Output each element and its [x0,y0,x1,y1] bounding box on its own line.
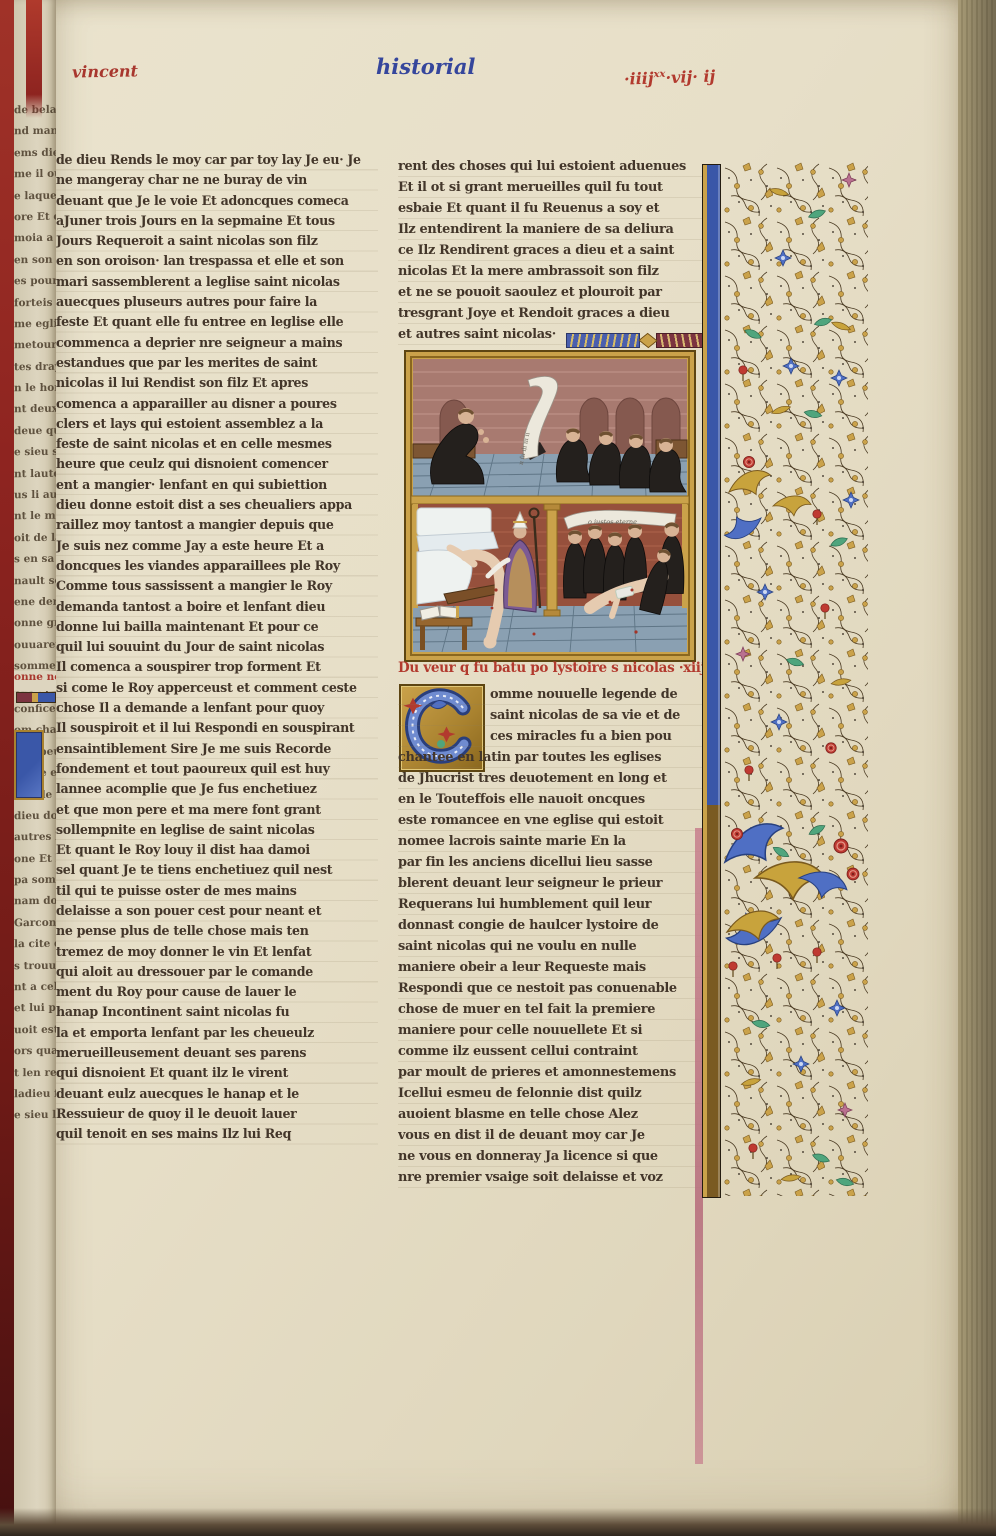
text-line: si come le Roy apperceust et comment ces… [56,678,378,698]
text-line: en son oroison· lan trespassa et elle et… [56,251,378,271]
text-line: metoure et en [14,339,56,361]
text-column-right-top: rent des choses qui lui estoient aduenue… [398,156,716,345]
text-line: e laquelle une [14,189,56,211]
text-line: nicolas il lui Rendist son filz Et apres [56,373,378,393]
text-line: par fin les anciens dicellui lieu sasse [398,852,716,873]
text-line: nault selon a q [14,574,56,596]
text-line: sel quant Je te tiens enchetiuez quil ne… [56,860,378,880]
folio-superscript: xx [653,69,665,80]
text-line: nt a celle fin [14,981,56,1003]
edge-text-fragments: de belagues dend mandes de fems dieu que… [14,104,56,1131]
text-line: pa sommes lo [14,874,56,896]
text-line: blerent deuant leur seigneur le prieur [398,873,716,894]
folio-base: ·iiij [624,69,654,89]
text-line: Il souspiroit et il lui Respondi en sous… [56,718,378,738]
text-line: ent a mangier· lenfant en qui subiettion [56,475,378,495]
text-line: clers et lays qui estoient assemblez a l… [56,414,378,434]
text-line: Icellui esmeu de felonnie dist quilz [398,1083,716,1104]
text-line: nt lautel et [14,467,56,489]
text-line: de Jhucrist tres deuotement en long et [398,768,716,789]
text-line: s en sa terre [14,553,56,575]
text-line: ems dieu que v [14,147,56,169]
text-line: dieu donne estoit dist a ses cheualiers … [56,495,378,515]
text-line: nam donn qui [14,895,56,917]
text-line: nt deux mesmes [14,403,56,425]
floral-border [721,162,868,1196]
text-line: forteis et le der [14,296,56,318]
text-line: feste de saint nicolas et en celle mesme… [56,434,378,454]
text-line: auoient blasme en telle chose Alez [398,1104,716,1125]
text-line: la cite qui so [14,938,56,960]
text-line: Je suis nez comme Jay a este heure Et a [56,536,378,556]
text-line: me eglise co [14,318,56,340]
text-line: nicolas Et la mere ambrassoit son filz [398,261,716,282]
text-line: ore Et elle en b [14,211,56,233]
text-line: doncques les viandes apparaillees ple Ro… [56,556,378,576]
text-line: Ilz entendirent la maniere de sa deliura [398,219,716,240]
text-line: ladieu fu si g [14,1088,56,1110]
text-line: ene demonstra [14,596,56,618]
edge-rubric-fragment: onne nouuelle [14,671,56,691]
text-line: donne lui bailla maintenant Et pour ce [56,617,378,637]
text-line: saint nicolas qui ne voulu en nulle [398,936,716,957]
text-line: aJuner trois Jours en la sepmaine Et tou… [56,211,378,231]
text-line: feste Et quant elle fu entree en leglise… [56,312,378,332]
blue-line-filler [566,333,640,348]
previous-folio-edge: de belagues dend mandes de fems dieu que… [14,0,56,1536]
text-line: Requerans lui humblement quil leur [398,894,716,915]
text-line: tes dray fus [14,360,56,382]
text-line: ce Ilz Rendirent graces a dieu et a sain… [398,240,716,261]
text-line: moia a depri [14,232,56,254]
text-line: ensaintiblement Sire Je me suis Recorde [56,739,378,759]
text-line: qui disnoient Et quant ilz le virent [56,1063,378,1083]
running-title-author: vincent [72,61,138,81]
edge-illuminated-initial [14,730,44,800]
text-line: estandues que par les merites de saint [56,353,378,373]
text-line: nt le mist en [14,510,56,532]
running-title-work: historial [376,54,475,79]
text-line: autres homes [14,831,56,853]
text-line: chantee en latin par toutes les eglises [398,747,716,768]
text-line: et que mon pere et ma mere font grant [56,800,378,820]
text-line: t len remena [14,1066,56,1088]
text-line: delaisse a son pouer cest pour neant et [56,901,378,921]
text-line: nd mandes de f [14,125,56,147]
text-line: Et quant le Roy louy il dist haa damoi [56,840,378,860]
text-line: e sieu long [14,1109,56,1131]
text-line: par moult de prieres et amonnestemens [398,1062,716,1083]
text-line: deuant que Je le voie Et adoncques comec… [56,191,378,211]
text-line: donnast congie de haulcer lystoire de [398,915,716,936]
text-line: chose de muer en tel fait la premiere [398,999,716,1020]
text-line: Respondi que ce nestoit pas conuenable [398,978,716,999]
text-line: one Et les Rob [14,852,56,874]
text-line: ne vous en donneray Ja licence si que [398,1146,716,1167]
text-line: oit de la cite [14,532,56,554]
page-stack-edge [958,0,996,1536]
folio-rest: ·vij· ij [665,66,715,87]
text-line: ces miracles fu a bien pou [398,726,716,747]
text-line: tremez de moy donner le vin Et lenfat [56,942,378,962]
text-line: qui aloit au dressouer par le comande [56,962,378,982]
text-line: maniere obeir a leur Requeste mais [398,957,716,978]
text-line: et ne se pouoit saoulez et plouroit par [398,282,716,303]
text-column-left: de dieu Rends le moy car par toy lay Je … [56,150,378,1148]
line-fillers [566,333,704,347]
text-line: deuant eulz auecques le hanap et le [56,1084,378,1104]
text-line: us li auoit fait [14,489,56,511]
text-line: uoit este pris [14,1024,56,1046]
text-line: Il comenca a souspirer trop forment Et [56,657,378,677]
text-line: demanda tantost a boire et lenfant dieu [56,597,378,617]
text-line: n le honnorable [14,382,56,404]
text-line: Comme tous sassissent a mangier le Roy [56,576,378,596]
text-line: maniere pour celle nouuellete Et si [398,1020,716,1041]
edge-linefiller-bar [16,692,56,703]
text-line: Ressuieur de quoy il le deuoit lauer [56,1104,378,1124]
text-line: chose Il a demande a lenfant pour quoy [56,698,378,718]
text-line: Garcon et Je f [14,917,56,939]
text-line: este romancee en vne eglise qui estoit [398,810,716,831]
bottom-book-edge [0,1508,996,1536]
text-line: lannee acomplie que Je fus enchetiuez [56,779,378,799]
text-line: conficerent an [14,703,56,725]
svg-text:o iustos eterne: o iustos eterne [588,518,637,526]
text-line: ment du Roy pour cause de lauer le [56,982,378,1002]
miniature-saint-nicolas: ıı ſıı ıļı ııı ıı [404,350,696,662]
red-line-filler [656,333,704,348]
text-column-right-paragraph: omme nouuelle legende desaint nicolas de… [398,684,716,1188]
text-line: de dieu Rends le moy car par toy lay Je … [56,150,378,170]
text-line: s trouuerent [14,959,56,981]
text-line: es poures et m [14,275,56,297]
text-line: mari sassemblerent a leglise saint nicol… [56,272,378,292]
text-line: en son cors de [14,254,56,276]
book-cover-edge [0,0,14,1536]
text-line: auecques pluseurs autres pour faire la [56,292,378,312]
text-line: dieu donne fu [14,810,56,832]
text-line: ne mangeray char ne ne buray de vin [56,170,378,190]
text-line: nomee lacrois sainte marie En la [398,831,716,852]
text-line: comme ilz eussent cellui contraint [398,1041,716,1062]
text-line: esbaie Et quant il fu Reuenus a soy et [398,198,716,219]
text-line: deue que len so [14,425,56,447]
text-line: nre premier vsaige soit delaisse et voz [398,1167,716,1188]
text-line: tresgrant Joye et Rendoit graces a dieu [398,303,716,324]
text-line: raillez moy tantost a mangier depuis que [56,515,378,535]
border-bar [702,164,721,1198]
text-line: saint nicolas de sa vie et de [398,705,716,726]
miniature-art: ıı ſıı ıļı ııı ıı [404,350,696,662]
text-line: et lui pria q [14,1002,56,1024]
text-line: rent des choses qui lui estoient aduenue… [398,156,716,177]
text-line: heure que ceulz qui disnoient comencer [56,454,378,474]
text-line: ors quant il o [14,1045,56,1067]
folio-number: ·iiijxx·vij· ij [624,66,716,88]
text-line: e sieu soing et [14,446,56,468]
manuscript-photo: de belagues dend mandes de fems dieu que… [0,0,996,1536]
text-line: me il ouue son [14,168,56,190]
text-line: commenca a deprier nre seigneur a mains [56,333,378,353]
cover-top-corner [26,0,42,118]
text-line: ouuaret dicellu [14,639,56,661]
text-line: comenca a apparailler au disner a poures [56,394,378,414]
text-line: hanap Incontinent saint nicolas fu [56,1002,378,1022]
text-line: en le Touteffois elle nauoit oncques [398,789,716,810]
text-line: vous en dist il de deuant moy car Je [398,1125,716,1146]
text-line: til qui te puisse oster de mes mains [56,881,378,901]
text-line: la et emporta lenfant par les cheueulz [56,1023,378,1043]
text-line: Et il ot si grant merueilles quil fu tou… [398,177,716,198]
text-line: fondement et tout paoureux quil est huy [56,759,378,779]
text-line: quil lui souuint du Jour de saint nicola… [56,637,378,657]
text-line: sollempnite en leglise de saint nicolas [56,820,378,840]
chapter-rubric: Du veur q fu batu po lystoire s nicolas … [398,660,714,676]
text-line: quil tenoit en ses mains Ilz lui Req [56,1124,378,1144]
text-line: merueilleusement deuant ses parens [56,1043,378,1063]
text-line: Jours Requeroit a saint nicolas son filz [56,231,378,251]
text-line: ne pense plus de telle chose mais ten [56,921,378,941]
gold-diamond-filler [638,332,657,347]
text-line: omme nouuelle legende de [398,684,716,705]
text-line: onne gracieus [14,617,56,639]
